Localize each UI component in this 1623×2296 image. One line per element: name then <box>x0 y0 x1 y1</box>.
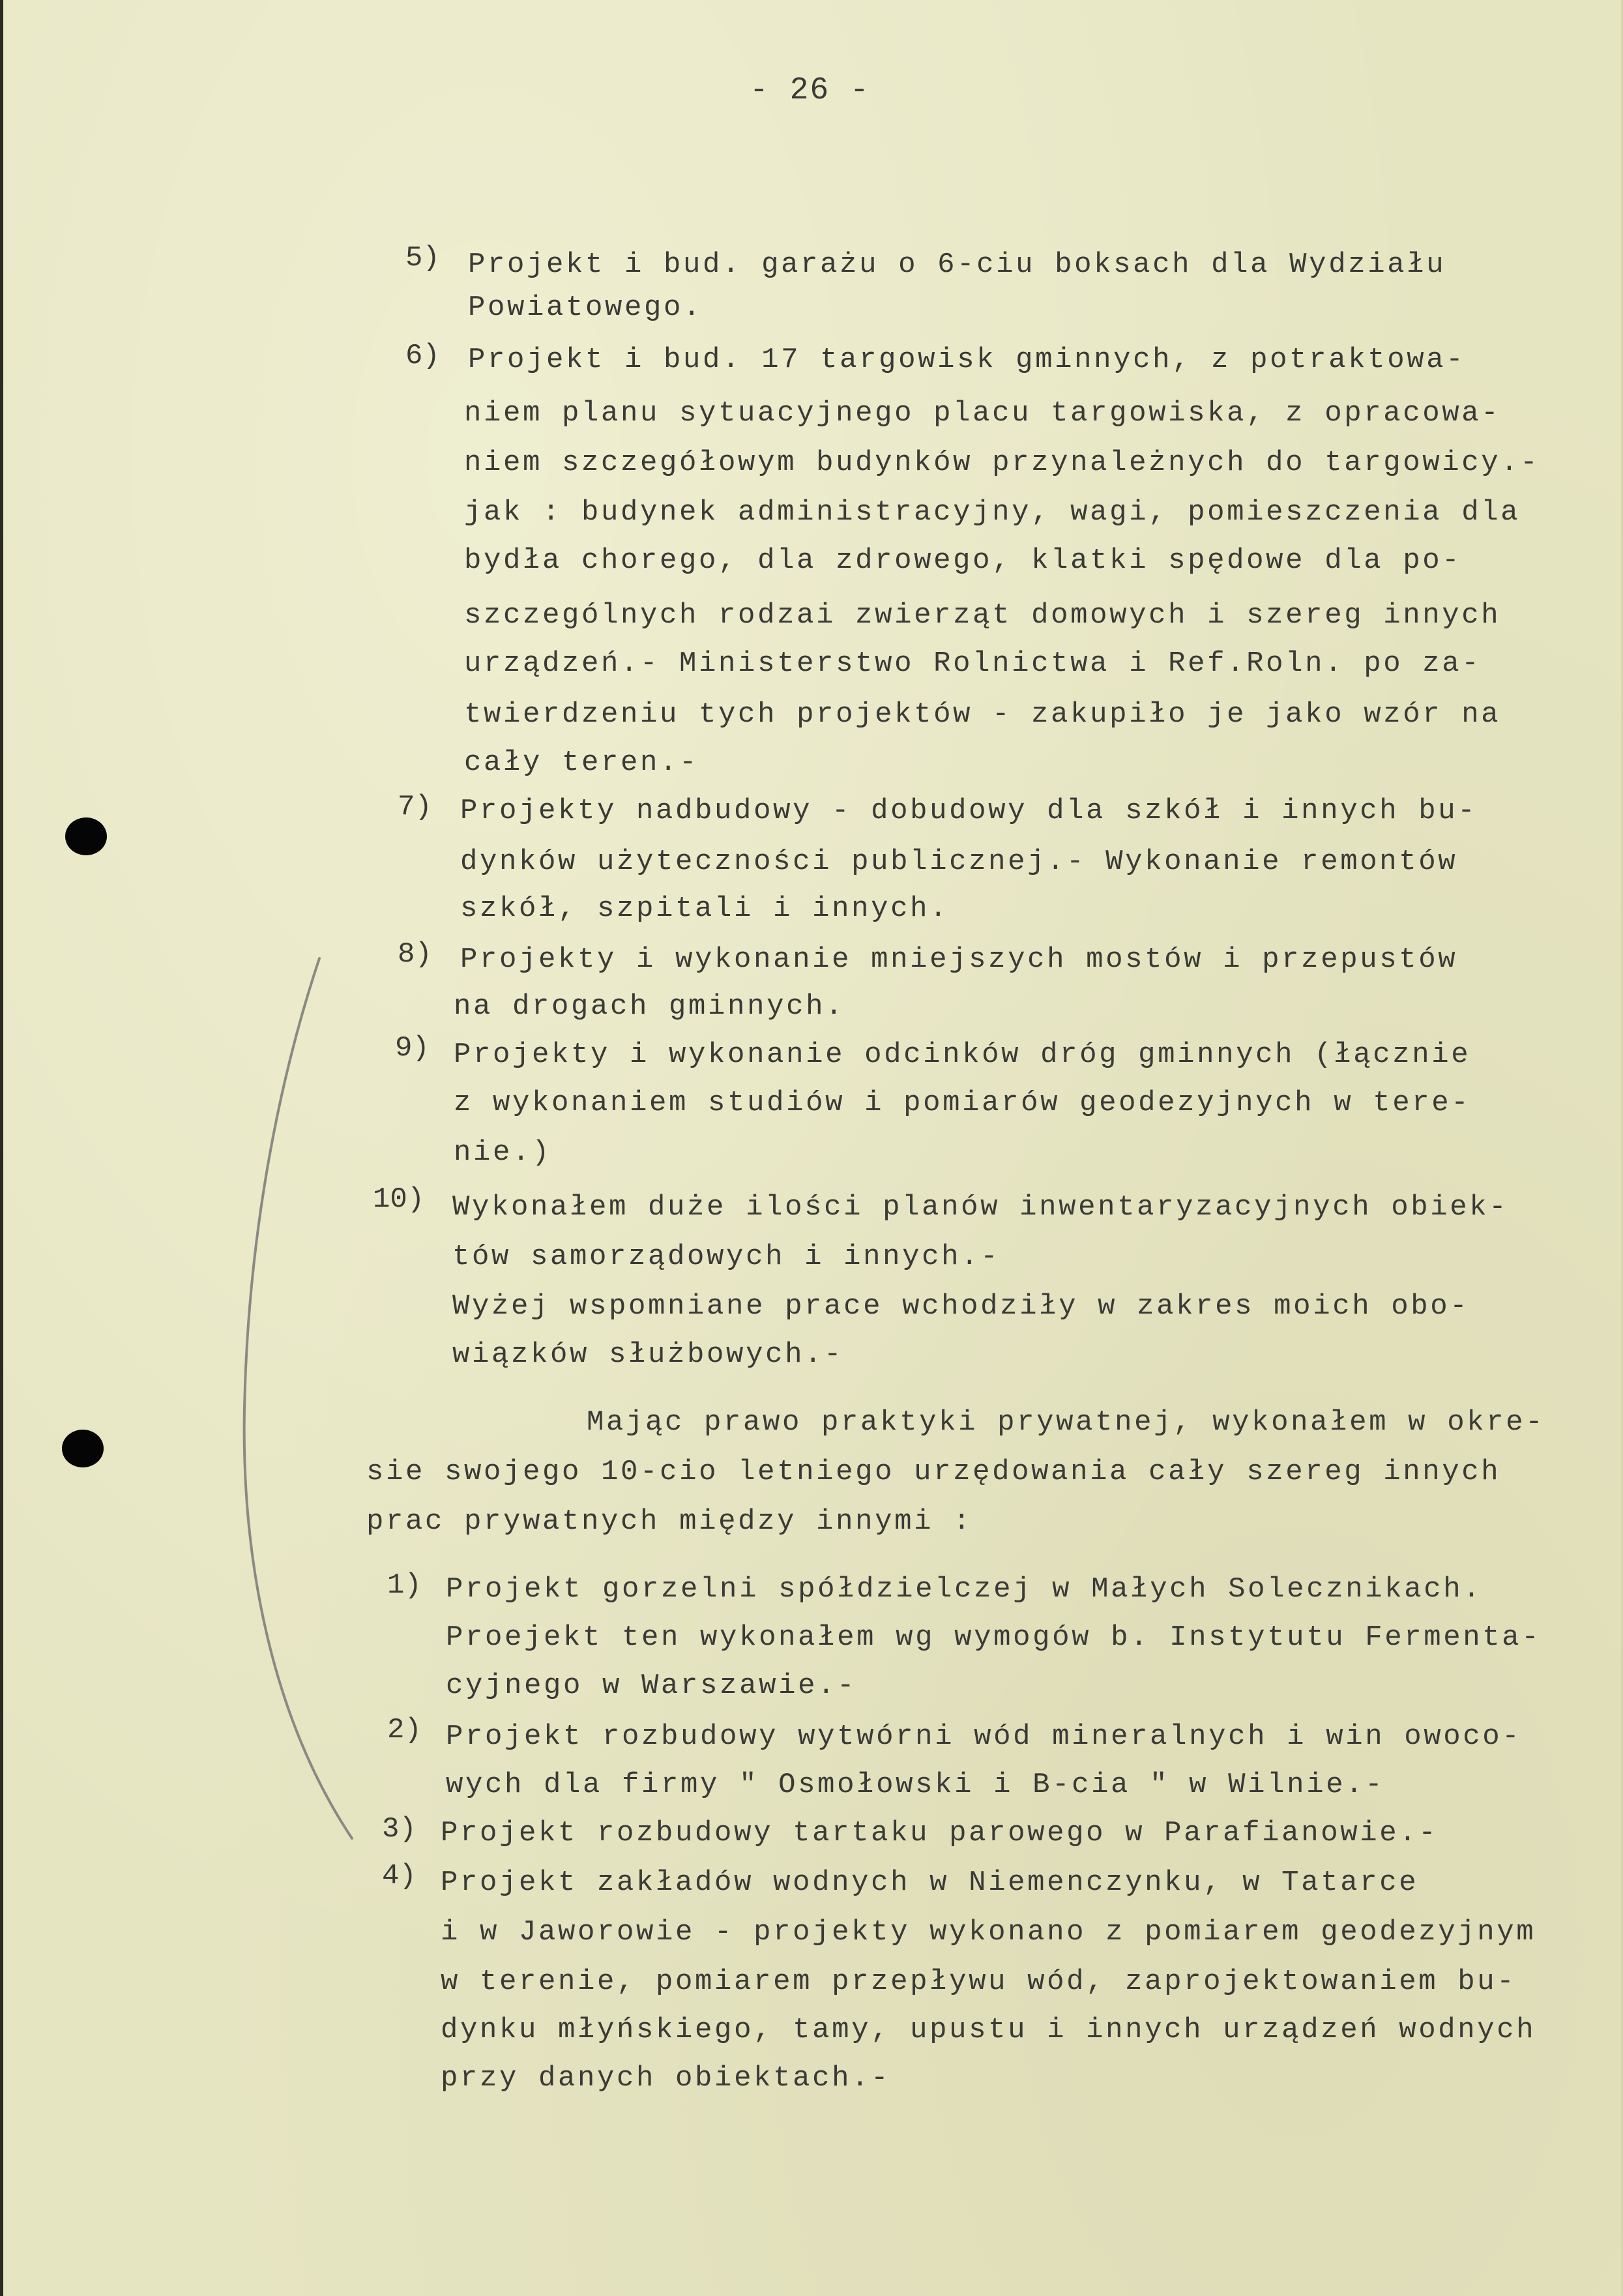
item-number: 4) <box>382 1862 417 1891</box>
page-number: - 26 - <box>750 73 870 108</box>
item-line: szkół, szpitali i innych. <box>460 894 949 923</box>
item-line: dynku młyńskiego, tamy, upustu i innych … <box>441 2016 1536 2044</box>
item-line: wych dla firmy " Osmołowski i B-cia " w … <box>446 1771 1384 1799</box>
item-number: 2) <box>387 1716 422 1744</box>
item-line: Projekty nadbudowy - dobudowy dla szkół … <box>460 797 1477 825</box>
item-line: Projekt rozbudowy tartaku parowego w Par… <box>441 1819 1438 1847</box>
paragraph-line: Mając prawo praktyki prywatnej, wykonałe… <box>587 1408 1545 1437</box>
item-line: w terenie, pomiarem przepływu wód, zapro… <box>441 1967 1516 1996</box>
item-number: 3) <box>382 1815 417 1844</box>
item-line: bydła chorego, dla zdrowego, klatki spęd… <box>464 546 1461 575</box>
item-line: Wyżej wspomniane prace wchodziły w zakre… <box>452 1292 1469 1321</box>
item-line: nie.) <box>454 1138 551 1167</box>
punch-hole-lower <box>62 1430 104 1467</box>
item-line: Projekt i bud. garażu o 6-ciu boksach dl… <box>468 250 1446 279</box>
item-line: cały teren.- <box>464 748 699 777</box>
item-line: Projekt zakładów wodnych w Niemenczynku,… <box>441 1868 1418 1897</box>
item-number: 9) <box>395 1034 430 1063</box>
pencil-arc-mark <box>235 939 365 1930</box>
item-line: Projekty i wykonanie odcinków dróg gminn… <box>454 1040 1470 1069</box>
item-line: na drogach gminnych. <box>454 992 845 1021</box>
punch-hole-upper <box>65 817 107 855</box>
item-line: Projekt gorzelni spółdzielczej w Małych … <box>446 1575 1482 1604</box>
scan-left-edge <box>0 0 3 2296</box>
item-number: 5) <box>405 244 440 272</box>
item-line: Projekt rozbudowy wytwórni wód mineralny… <box>446 1722 1521 1751</box>
item-number: 7) <box>398 793 432 821</box>
item-line: wiązków służbowych.- <box>452 1340 843 1369</box>
item-line: dynków użyteczności publicznej.- Wykonan… <box>460 847 1457 876</box>
item-line: niem planu sytuacyjnego placu targowiska… <box>464 399 1500 428</box>
item-number: 8) <box>398 940 432 969</box>
item-line: jak : budynek administracyjny, wagi, pom… <box>464 498 1520 527</box>
item-number: 6) <box>405 342 440 370</box>
item-line: urządzeń.- Ministerstwo Rolnictwa i Ref.… <box>464 649 1481 678</box>
item-line: szczególnych rodzai zwierząt domowych i … <box>464 601 1500 630</box>
item-number: 10) <box>373 1185 424 1214</box>
item-line: cyjnego w Warszawie.- <box>446 1671 856 1700</box>
item-line: przy danych obiektach.- <box>441 2064 890 2093</box>
item-line: twierdzeniu tych projektów - zakupiło je… <box>464 700 1500 729</box>
item-line: Powiatowego. <box>468 293 703 322</box>
item-line: i w Jaworowie - projekty wykonano z pomi… <box>441 1918 1536 1947</box>
paragraph-line: sie swojego 10-cio letniego urzędowania … <box>366 1458 1500 1486</box>
item-line: niem szczegółowym budynków przynależnych… <box>464 449 1540 477</box>
item-line: Wykonałem duże ilości planów inwentaryza… <box>452 1193 1508 1222</box>
paragraph-line: prac prywatnych między innymi : <box>366 1507 972 1536</box>
item-line: Projekty i wykonanie mniejszych mostów i… <box>460 945 1457 974</box>
item-line: Proejekt ten wykonałem wg wymogów b. Ins… <box>446 1623 1541 1652</box>
item-line: Projekt i bud. 17 targowisk gminnych, z … <box>468 346 1465 374</box>
item-number: 1) <box>387 1571 422 1600</box>
item-line: z wykonaniem studiów i pomiarów geodezyj… <box>454 1089 1470 1117</box>
item-line: tów samorządowych i innych.- <box>452 1243 1000 1271</box>
